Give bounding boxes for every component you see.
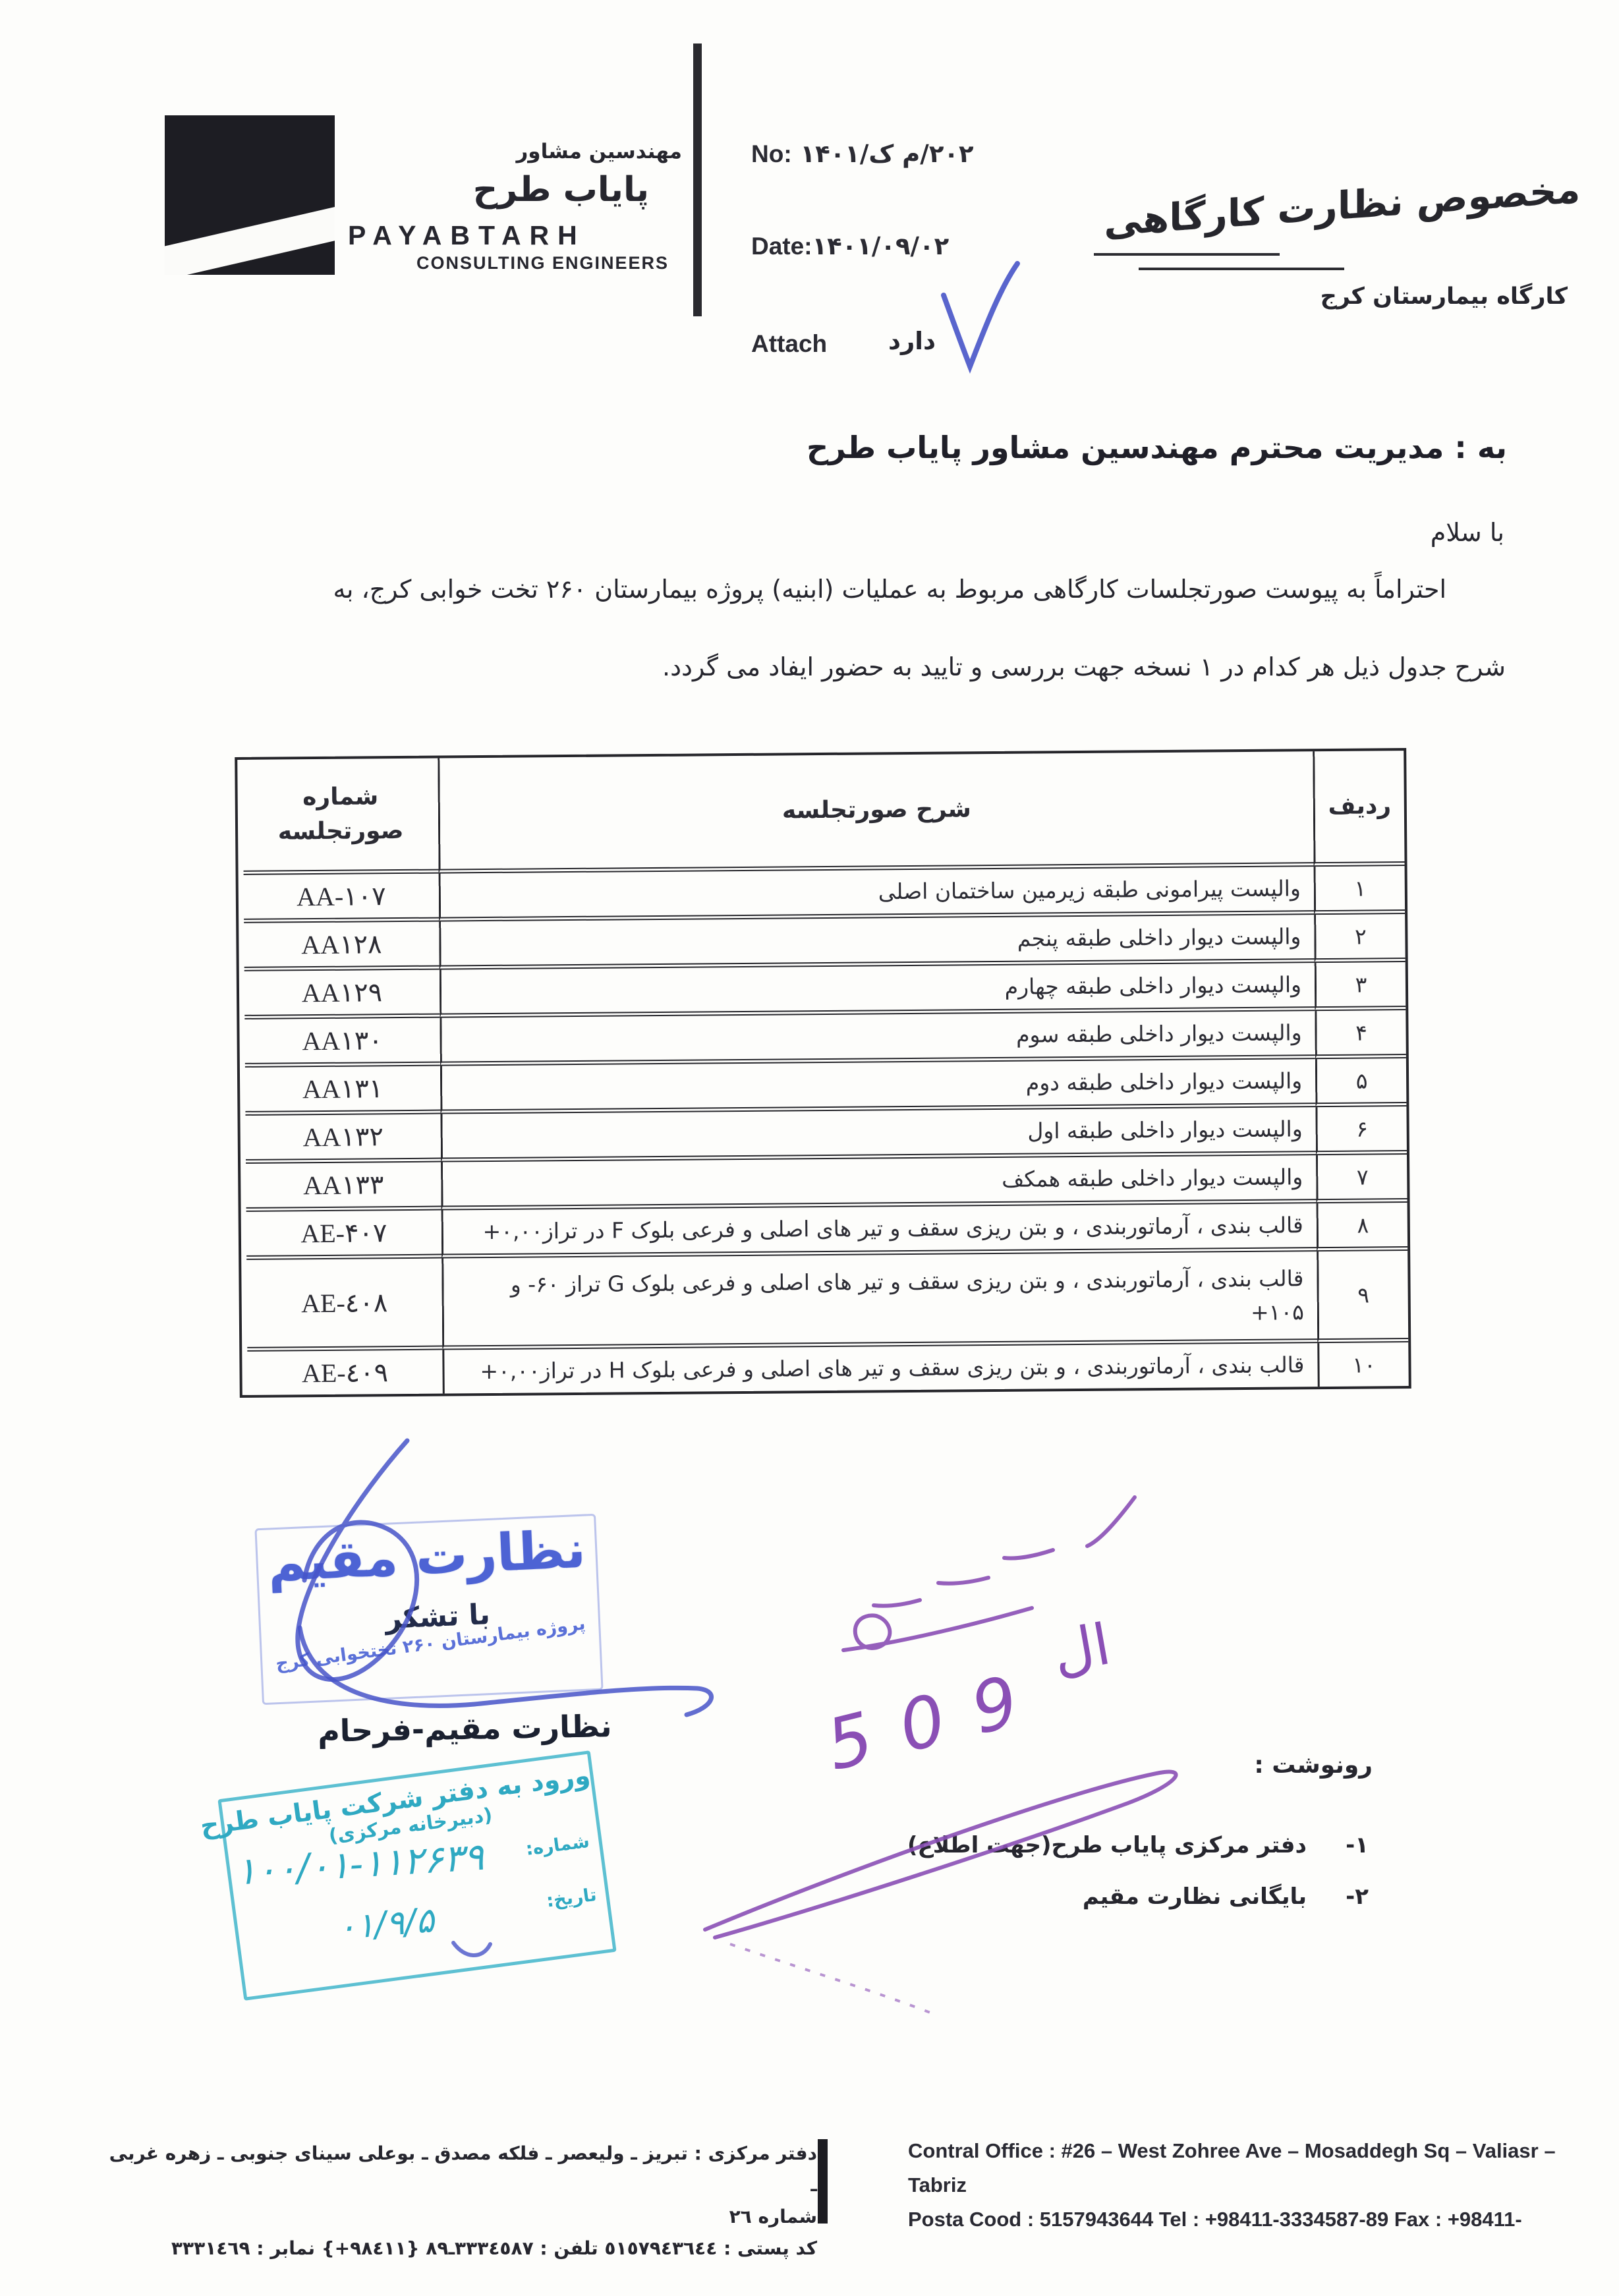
footer-fa-line-3: کد پستی : ٥١٥٧٩٤٣٦٤٤ تلفن : ٣٣٣٤٥٨٧ـ٨٩ {… (105, 2233, 817, 2264)
footer-persian-block: دفتر مرکزی : تبریز ـ ولیعصر ـ فلکه مصدق … (105, 2138, 817, 2264)
cc-item-2-text: بایگانی نظارت مقیم (1083, 1883, 1307, 1910)
entry-stamp-no-label: شماره: (525, 1831, 590, 1860)
resident-supervision-stamp: نظارت مقیم با تشکر پروژه بیمارستان ۲۶۰ ت… (254, 1514, 603, 1705)
table-row-description: والپست دیوار داخلی طبقه چهارم (440, 963, 1315, 1018)
ref-no-label: No: (751, 140, 792, 167)
brand-fa-small: مهندسین مشاور (461, 140, 682, 163)
footer-english-block: Contral Office : #26 – West Zohree Ave –… (908, 2134, 1574, 2237)
table-header-minutes-no: شماره صورتجلسه (242, 759, 438, 875)
cc-item-2-number: ۲- (1337, 1883, 1369, 1910)
footer-en-line-1: Contral Office : #26 – West Zohree Ave –… (908, 2134, 1574, 2168)
signature-dashed-tail (730, 1944, 937, 2015)
attach-row: Attach (751, 330, 827, 358)
office-entry-stamp: ورود به دفتر شرکت پایاب طرح (دبیرخانه مر… (217, 1750, 616, 2001)
table-row-code: AA۱۳۰ (244, 1018, 440, 1068)
date-label: Date: (751, 233, 812, 260)
cc-label: رونوشت : (1254, 1752, 1373, 1779)
table-row-number: ۱۰ (1317, 1342, 1409, 1387)
resident-stamp-title: نظارت مقیم (257, 1520, 596, 1593)
table-header-minutes-no-line2: صورتجلسه (278, 814, 404, 849)
table-row-description: والپست دیوار داخلی طبقه اول (440, 1107, 1316, 1162)
table-row-code: AA-۱۰۷ (244, 874, 440, 923)
company-logo (165, 115, 335, 275)
table-row-code: AA۱۲۹ (244, 970, 440, 1019)
letter-salutation: با سلام (1431, 518, 1504, 547)
workshop-subtitle: کارگاه بیمارستان کرج (1321, 283, 1568, 310)
header-divider-bar (693, 43, 702, 316)
title-underline-2 (1139, 268, 1344, 270)
table-header-description: شرح صورتجلسه (438, 751, 1313, 873)
logo-stripe (165, 202, 335, 275)
entry-stamp-date-label: تاریخ: (546, 1885, 598, 1912)
attach-value: دارد (888, 327, 936, 355)
table-row-number: ۴ (1315, 1010, 1406, 1059)
handwritten-digits: 509 (818, 1653, 1056, 1787)
letter-body-line-2: شرح جدول ذیل هر کدام در ۱ نسخه جهت بررسی… (662, 652, 1506, 681)
table-row-description: قالب بندی ، آرماتوربندی ، و بتن ریزی سقف… (441, 1203, 1317, 1258)
table-row-description: والپست دیوار داخلی طبقه سوم (440, 1011, 1315, 1066)
brand-en-sub: CONSULTING ENGINEERS (369, 253, 669, 273)
table-row-number: ۲ (1314, 914, 1406, 963)
footer-fa-line-2: شماره ۲٦ (105, 2201, 817, 2233)
table-row-code: AA۱۲۸ (244, 922, 440, 971)
letter-body-line-1: احتراماً به پیوست صورتجلسات کارگاهی مربو… (333, 575, 1446, 604)
table-row-code: AA۱۳۳ (246, 1162, 441, 1212)
table-row-code: AE-٤۰۸ (246, 1259, 442, 1352)
table-row-description: والپست دیوار داخلی طبقه همکف (441, 1155, 1317, 1210)
table-row-number: ۷ (1316, 1155, 1407, 1203)
table-row-description: والپست پیرامونی طبقه زیرمین ساختمان اصلی (439, 867, 1315, 921)
table-row-number: ۱ (1314, 866, 1406, 915)
cc-item-1: ۱- دفتر مرکزی پایاب طرح(جهت اطلاع) (907, 1832, 1369, 1858)
cc-item-1-text: دفتر مرکزی پایاب طرح(جهت اطلاع) (907, 1832, 1307, 1858)
handwritten-alef-lam: ال (1048, 1611, 1115, 1686)
ref-no-row: No: ۲۰۲/م ک/۱۴۰۱ (751, 140, 991, 168)
table-row-number: ۵ (1315, 1058, 1407, 1107)
date-row: Date:۱۴۰۱/۰۹/۰۲ (751, 232, 949, 260)
checkmark-icon (944, 264, 1017, 366)
date-value: ۱۴۰۱/۰۹/۰۲ (812, 232, 950, 260)
cc-item-1-number: ۱- (1337, 1832, 1369, 1858)
table-row-description: والپست دیوار داخلی طبقه دوم (440, 1059, 1316, 1114)
table-row-description: والپست دیوار داخلی طبقه پنجم (439, 915, 1315, 969)
scanned-letter-page: مهندسین مشاور پایاب طرح PAYABTARH CONSUL… (0, 0, 1619, 2296)
resident-signature-name: نظارت مقیم-فرحام (318, 1708, 612, 1749)
workshop-supervision-title: مخصوص نظارت کارگاهی (1093, 165, 1592, 245)
table-row-code: AA۱۳۲ (245, 1114, 441, 1164)
ref-no-value: ۲۰۲/م ک/۱۴۰۱ (801, 140, 974, 168)
table-row-code: AE-۴۰۷ (246, 1211, 442, 1260)
table-row-code: AA۱۳۱ (245, 1066, 441, 1116)
table-row-number: ۳ (1315, 962, 1406, 1011)
table-row-number: ۹ (1317, 1251, 1408, 1343)
attach-label: Attach (751, 330, 827, 357)
title-underline-1 (1094, 253, 1280, 256)
footer-en-line-2: Tabriz (908, 2168, 1574, 2202)
brand-en: PAYABTARH (348, 220, 605, 251)
table-row-number: ۶ (1315, 1106, 1407, 1155)
brand-fa-large: پایاب طرح (422, 170, 649, 210)
footer-en-line-3: Posta Cood : 5157943644 Tel : +98411-333… (908, 2202, 1574, 2237)
table-row-description: قالب بندی ، آرماتوربندی ، و بتن ریزی سقف… (442, 1343, 1317, 1393)
letter-to-line: به : مدیریت محترم مهندسین مشاور پایاب طر… (807, 430, 1507, 465)
table-header-minutes-no-line1: شماره (302, 780, 378, 815)
table-header-row-no: ردیف (1313, 751, 1404, 867)
cc-item-2: ۲- بایگانی نظارت مقیم (1083, 1883, 1369, 1910)
footer-divider-bar (818, 2139, 828, 2224)
table-row-number: ۸ (1317, 1203, 1408, 1251)
table-row-description: قالب بندی ، آرماتوربندی ، و بتن ریزی سقف… (441, 1251, 1317, 1350)
table-row-code: AE-٤۰۹ (247, 1350, 443, 1395)
footer-fa-line-1: دفتر مرکزی : تبریز ـ ولیعصر ـ فلکه مصدق … (105, 2138, 817, 2201)
minutes-table: ردیف شرح صورتجلسه شماره صورتجلسه ۱والپست… (235, 748, 1411, 1398)
entry-stamp-date-value: ۰۱/۹/۵ (336, 1901, 436, 1947)
